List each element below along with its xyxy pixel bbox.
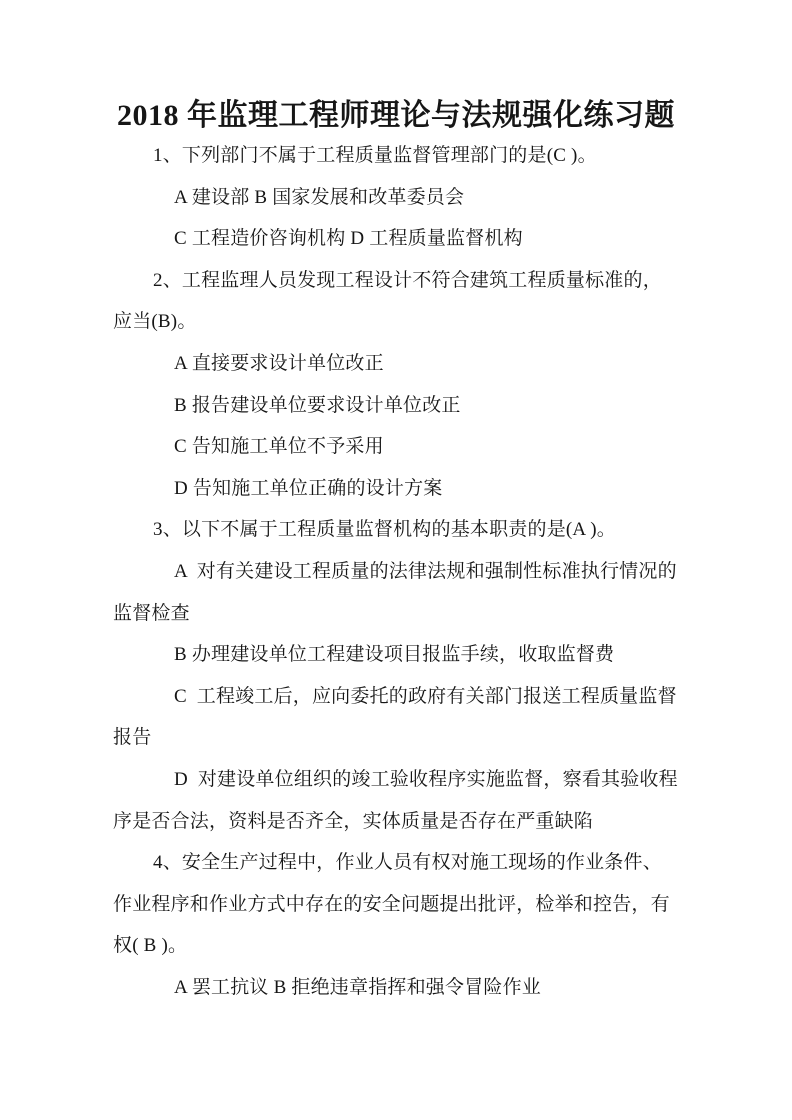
text-line: 序是否合法，资料是否齐全，实体质量是否存在严重缺陷 bbox=[113, 801, 713, 843]
text-line: A 建设部 B 国家发展和改革委员会 bbox=[113, 177, 713, 219]
text-line: C 工程竣工后，应向委托的政府有关部门报送工程质量监督 bbox=[113, 676, 713, 718]
document-page: 2018 年监理工程师理论与法规强化练习题 1、下列部门不属于工程质量监督管理部… bbox=[0, 0, 792, 1120]
text-line: 报告 bbox=[113, 717, 713, 759]
text-line: D 对建设单位组织的竣工验收程序实施监督，察看其验收程 bbox=[113, 759, 713, 801]
text-line: 应当(B)。 bbox=[113, 301, 713, 343]
text-line: 作业程序和作业方式中存在的安全问题提出批评，检举和控告，有 bbox=[113, 884, 713, 926]
text-line: A 直接要求设计单位改正 bbox=[113, 343, 713, 385]
text-line: B 报告建设单位要求设计单位改正 bbox=[113, 385, 713, 427]
text-line: D 告知施工单位正确的设计方案 bbox=[113, 468, 713, 510]
text-line: A 对有关建设工程质量的法律法规和强制性标准执行情况的 bbox=[113, 551, 713, 593]
text-line: 3、以下不属于工程质量监督机构的基本职责的是(A )。 bbox=[113, 509, 713, 551]
text-line: C 工程造价咨询机构 D 工程质量监督机构 bbox=[113, 218, 713, 260]
text-line: B 办理建设单位工程建设项目报监手续，收取监督费 bbox=[113, 634, 713, 676]
text-line: 2、工程监理人员发现工程设计不符合建筑工程质量标准的， bbox=[113, 260, 713, 302]
document-title: 2018 年监理工程师理论与法规强化练习题 bbox=[0, 94, 792, 138]
document-body: 1、下列部门不属于工程质量监督管理部门的是(C )。A 建设部 B 国家发展和改… bbox=[113, 135, 713, 1008]
text-line: C 告知施工单位不予采用 bbox=[113, 426, 713, 468]
text-line: 权( B )。 bbox=[113, 925, 713, 967]
text-line: A 罢工抗议 B 拒绝违章指挥和强令冒险作业 bbox=[113, 967, 713, 1009]
text-line: 监督检查 bbox=[113, 593, 713, 635]
text-line: 4、安全生产过程中，作业人员有权对施工现场的作业条件、 bbox=[113, 842, 713, 884]
text-line: 1、下列部门不属于工程质量监督管理部门的是(C )。 bbox=[113, 135, 713, 177]
